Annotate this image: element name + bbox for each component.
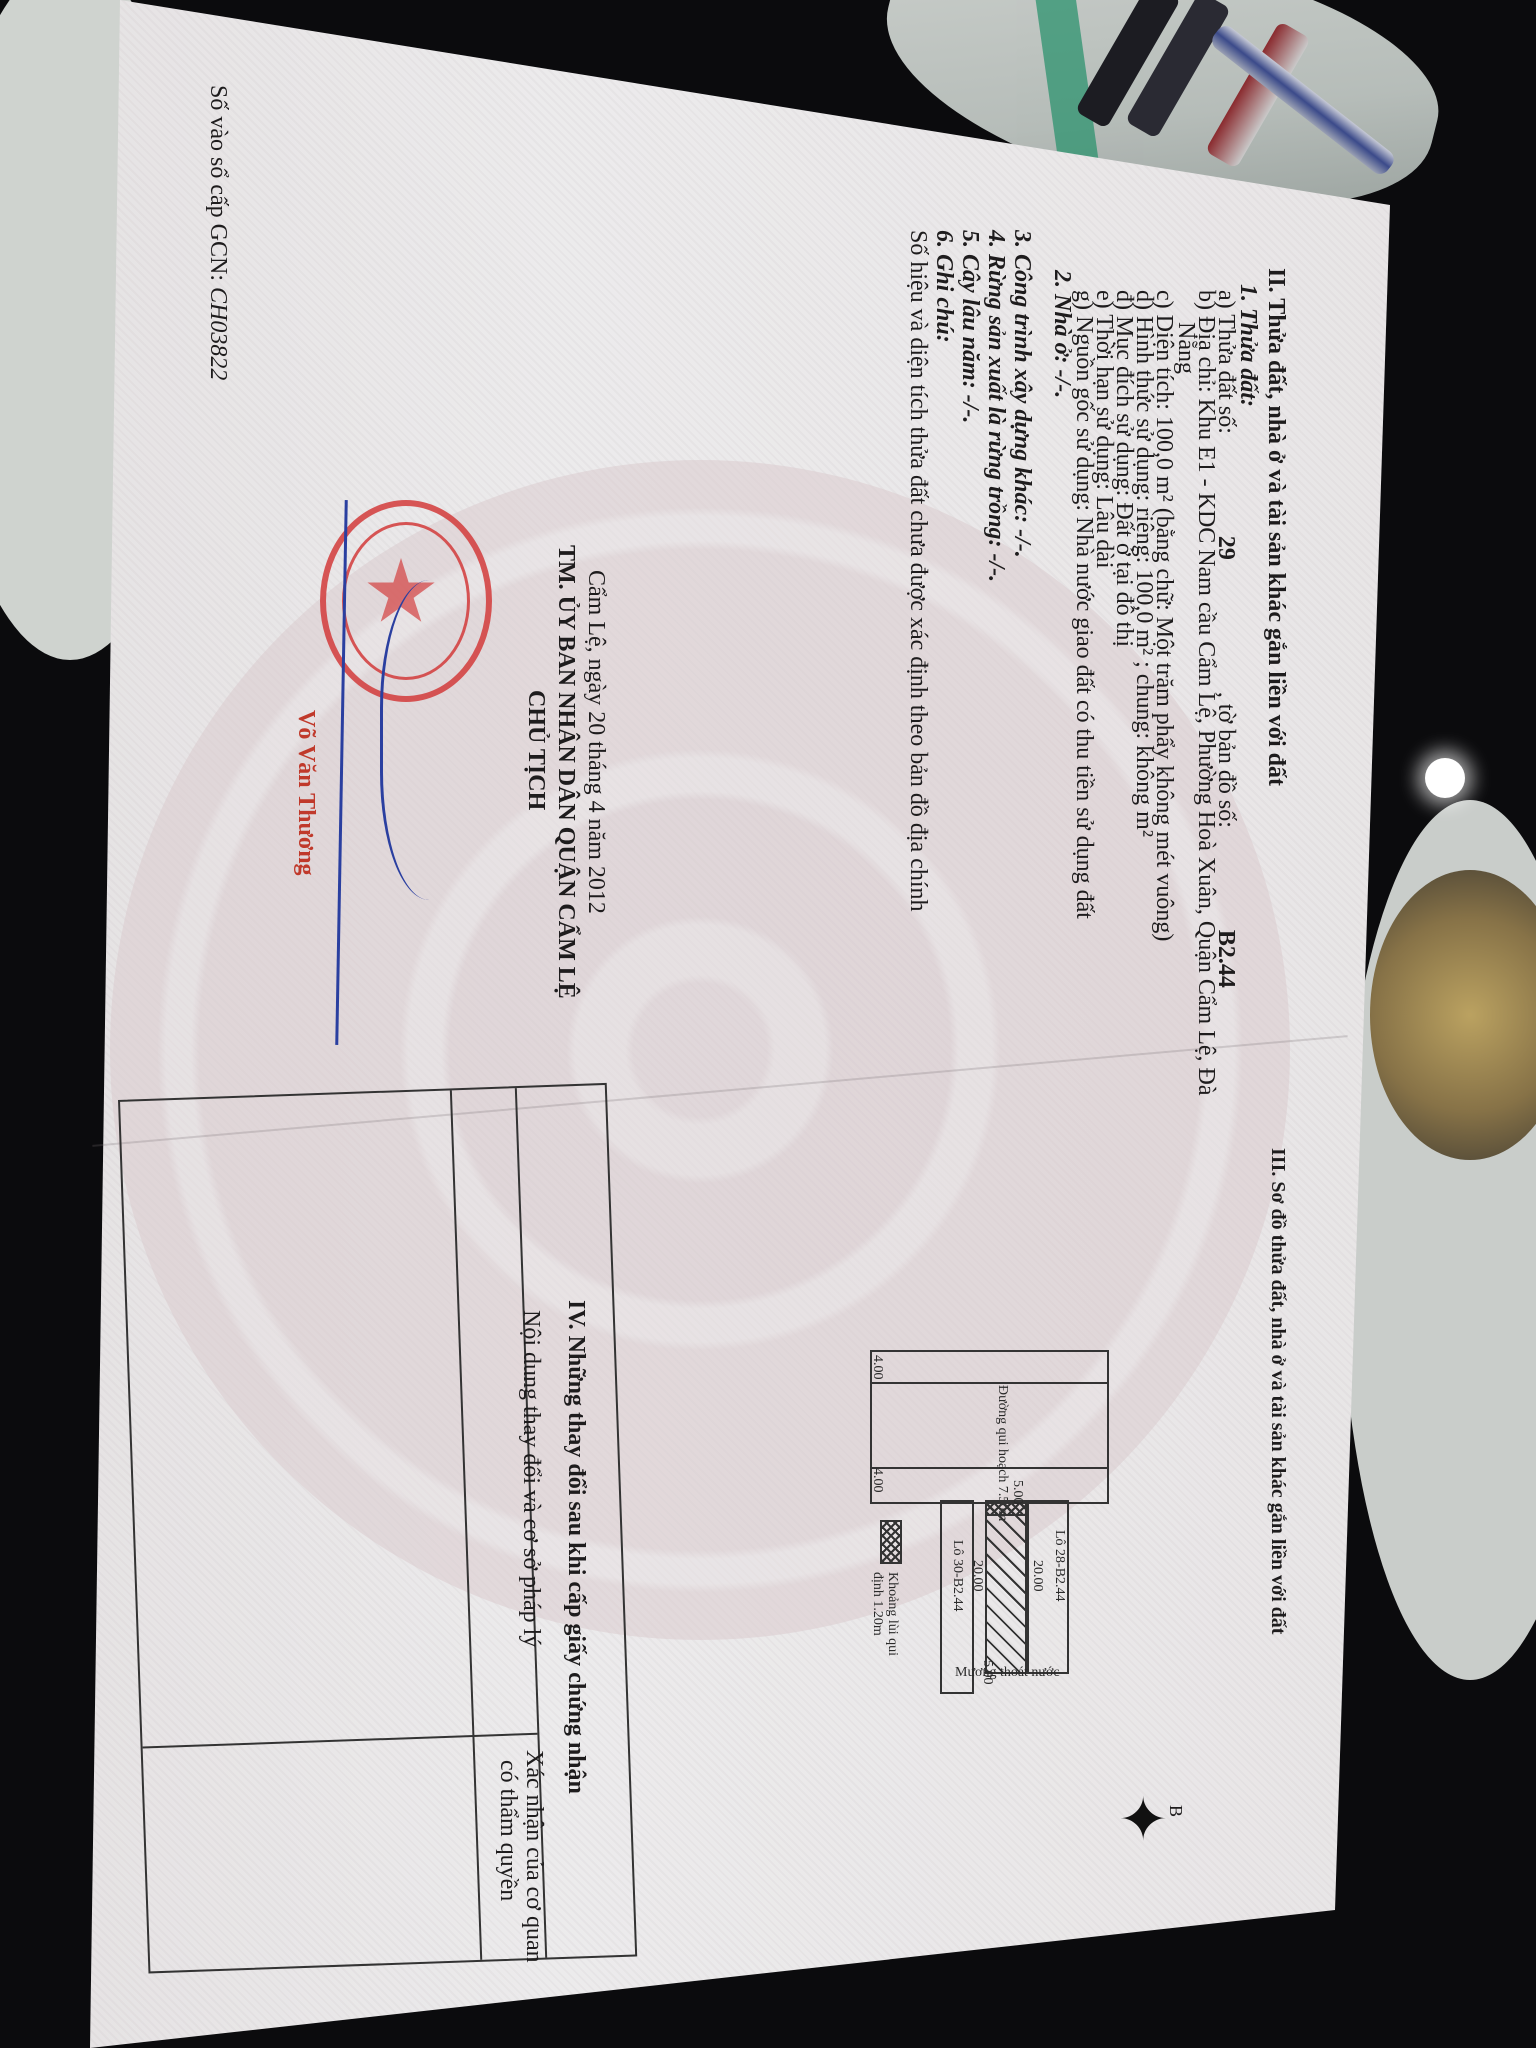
- address-line-1: b) Địa chỉ: Khu E1 - KDC Nam cầu Cẩm Lệ,…: [1192, 290, 1220, 1096]
- signer-title: CHỦ TỊCH: [522, 690, 550, 810]
- authority-confirmation-header-1: Xác nhận của cơ quan: [520, 1750, 548, 1963]
- neighbor-right-label: Lô 28-B2.44: [1051, 1530, 1067, 1602]
- compass-label: B: [1162, 1805, 1190, 1817]
- signer-name: Võ Văn Thương: [292, 710, 320, 876]
- depth-right: 20.00: [1029, 1560, 1045, 1592]
- notes-heading: 6. Ghi chú:: [930, 230, 958, 343]
- north-arrow-icon: ✦: [1118, 1790, 1168, 1850]
- depth-left: 20.00: [969, 1560, 985, 1592]
- registry-number: Số vào sổ cấp GCN: CH03822: [204, 85, 232, 380]
- other-construction-line: 3. Công trình xây dựng khác: -/-.: [1008, 230, 1036, 558]
- issuing-authority: TM. ỦY BAN NHÂN DÂN QUẬN CẨM LỆ: [552, 545, 580, 999]
- changes-column-header: Nội dung thay đổi và cơ sở pháp lý: [517, 1310, 545, 1647]
- authority-confirmation-header-2: có thẩm quyền: [494, 1760, 522, 1901]
- legend-swatch: [880, 1520, 902, 1564]
- notes-text: Số hiệu và diện tích thửa đất chưa được …: [904, 230, 932, 912]
- registry-label: Số vào sổ cấp GCN:: [205, 85, 231, 281]
- front-width: 5.00: [1009, 1480, 1025, 1505]
- forest-line: 4. Rừng sản xuất là rừng trồng: -/-.: [982, 230, 1010, 582]
- subject-lot: [985, 1500, 1029, 1674]
- sidewalk-top: 4.00: [869, 1355, 885, 1380]
- section-iii-title: III. Sơ đồ thửa đất, nhà ở và tài sản kh…: [1264, 1148, 1292, 1634]
- handwritten-signature: [380, 580, 503, 900]
- light-reflection: [1425, 758, 1465, 798]
- perennial-line: 5. Cây lâu năm: -/-.: [956, 230, 984, 423]
- changes-table: [118, 1083, 637, 1974]
- place-date: Cẩm Lệ, ngày 20 tháng 4 năm 2012: [582, 570, 610, 914]
- parcel-diagram: Đường qui hoạch 7.50m 4.00 4.00 5.00 5.0…: [845, 1320, 1145, 1700]
- neighbor-left-label: Lô 30-B2.44: [949, 1540, 965, 1612]
- sidewalk-bottom: 4.00: [869, 1468, 885, 1493]
- section-iv-title: IV. Những thay đổi sau khi cấp giấy chứn…: [562, 1300, 590, 1794]
- section-ii-title: II. Thửa đất, nhà ở và tài sản khác gắn …: [1262, 268, 1290, 786]
- drain-label: Mương thoát nước: [955, 1665, 1060, 1681]
- legend-label-2: định 1.20m: [869, 1572, 885, 1636]
- house-line: 2. Nhà ở: -/-.: [1048, 270, 1076, 398]
- planned-road: [870, 1350, 1109, 1504]
- registry-value: CH03822: [205, 287, 231, 380]
- legend-label-1: Khoảng lùi qui: [884, 1572, 900, 1656]
